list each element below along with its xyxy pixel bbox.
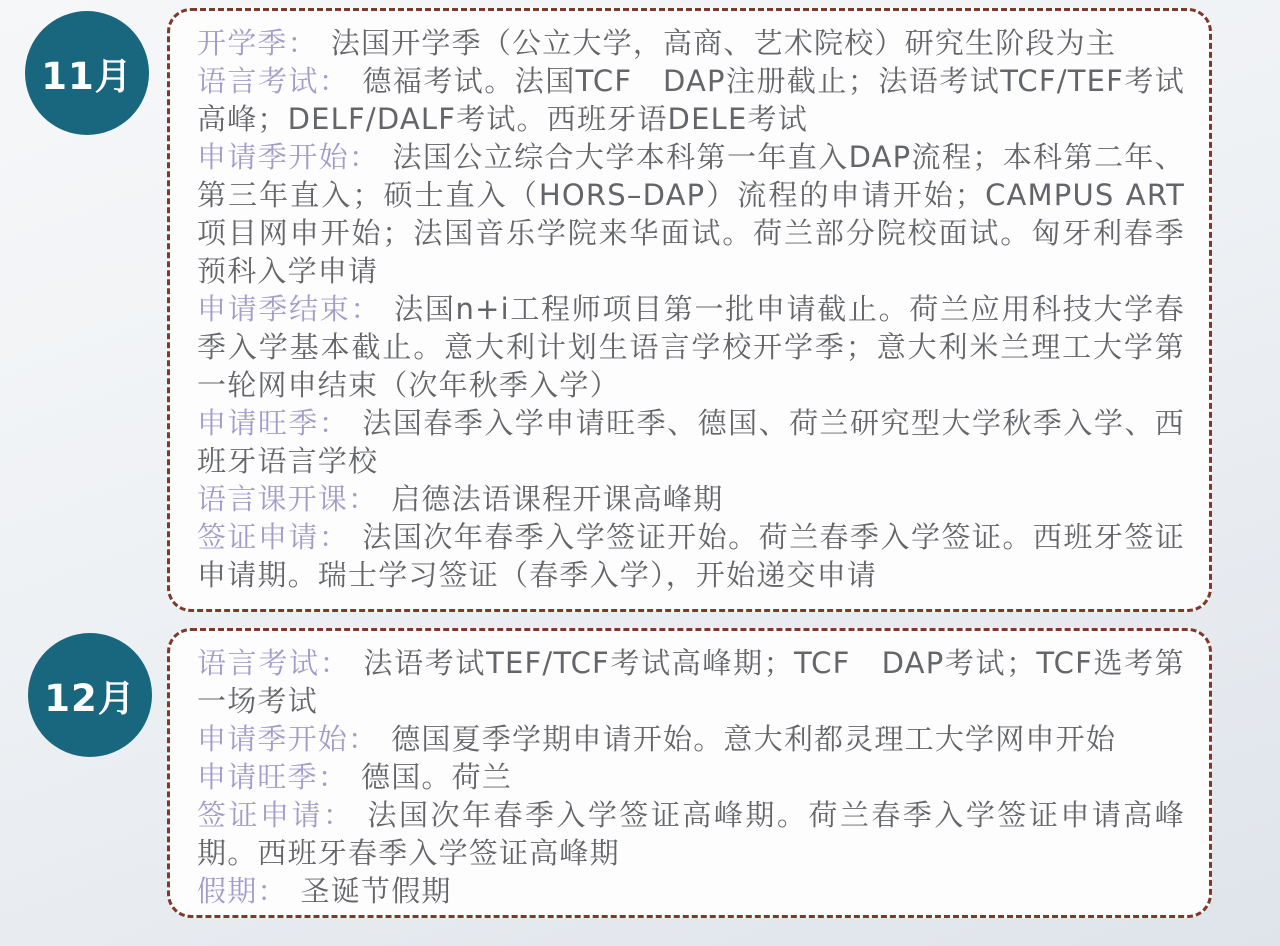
timeline-entry: 申请季开始：法国公立综合大学本科第一年直入DAP流程；本科第二年、第三年直入；硕… (197, 138, 1185, 290)
entry-text: 启德法语课程开课高峰期 (391, 482, 723, 516)
entry-colon: ： (318, 760, 348, 794)
timeline-box-december: 语言考试：法语考试TEF/TCF考试高峰期；TCF DAP考试；TCF选考第一场… (167, 628, 1212, 918)
month-badge-december: 12月 (28, 633, 152, 757)
entry-label: 申请旺季 (197, 406, 319, 440)
entry-label: 语言考试 (197, 64, 319, 98)
entry-text: 法国开学季（公立大学，高商、艺术院校）研究生阶段为主 (331, 26, 1116, 60)
timeline-entry: 申请季结束：法国n+i工程师项目第一批申请截止。荷兰应用科技大学春季入学基本截止… (197, 290, 1185, 404)
entry-label: 申请季开始 (197, 722, 348, 756)
entry-colon: ： (350, 292, 381, 326)
month-badge-november: 11月 (25, 11, 149, 135)
entry-label: 语言考试 (197, 646, 320, 680)
timeline-entry: 假期：圣诞节假期 (197, 872, 1185, 910)
entry-label: 签证申请 (197, 520, 319, 554)
month-label: 12月 (44, 668, 136, 722)
timeline-entry: 申请旺季：法国春季入学申请旺季、德国、荷兰研究型大学秋季入学、西班牙语言学校 (197, 404, 1185, 480)
entry-text: 圣诞节假期 (301, 874, 452, 908)
entry-text: 德国。荷兰 (361, 760, 512, 794)
entry-colon: ： (348, 482, 378, 516)
entry-colon: ： (257, 874, 287, 908)
entry-label: 假期 (197, 874, 257, 908)
entry-colon: ： (348, 722, 378, 756)
entry-colon: ： (319, 64, 349, 98)
entry-colon: ： (349, 140, 379, 174)
timeline-entry: 开学季：法国开学季（公立大学，高商、艺术院校）研究生阶段为主 (197, 24, 1185, 62)
entry-colon: ： (319, 406, 349, 440)
timeline-entry: 语言考试：法语考试TEF/TCF考试高峰期；TCF DAP考试；TCF选考第一场… (197, 644, 1185, 720)
timeline-entry: 签证申请：法国次年春季入学签证开始。荷兰春季入学签证。西班牙签证申请期。瑞士学习… (197, 518, 1185, 594)
timeline-entry: 申请旺季：德国。荷兰 (197, 758, 1185, 796)
entry-label: 申请季结束 (197, 292, 350, 326)
entry-colon: ： (319, 520, 349, 554)
entry-colon: ： (320, 646, 351, 680)
timeline-entry: 签证申请：法国次年春季入学签证高峰期。荷兰春季入学签证申请高峰期。西班牙春季入学… (197, 796, 1185, 872)
entry-label: 签证申请 (197, 798, 323, 832)
infographic-canvas: 11月 开学季：法国开学季（公立大学，高商、艺术院校）研究生阶段为主 语言考试：… (0, 0, 1280, 946)
entry-label: 申请旺季 (197, 760, 318, 794)
timeline-entry: 语言课开课：启德法语课程开课高峰期 (197, 480, 1185, 518)
entry-label: 申请季开始 (197, 140, 349, 174)
month-label: 11月 (41, 46, 133, 100)
timeline-entry: 申请季开始：德国夏季学期申请开始。意大利都灵理工大学网申开始 (197, 720, 1185, 758)
timeline-box-november: 开学季：法国开学季（公立大学，高商、艺术院校）研究生阶段为主 语言考试：德福考试… (167, 8, 1212, 612)
entry-label: 语言课开课 (197, 482, 348, 516)
entry-text: 德国夏季学期申请开始。意大利都灵理工大学网申开始 (391, 722, 1116, 756)
entry-colon: ： (288, 26, 318, 60)
entry-colon: ： (323, 798, 355, 832)
timeline-entry: 语言考试：德福考试。法国TCF DAP注册截止；法语考试TCF/TEF考试高峰；… (197, 62, 1185, 138)
entry-label: 开学季 (197, 26, 288, 60)
